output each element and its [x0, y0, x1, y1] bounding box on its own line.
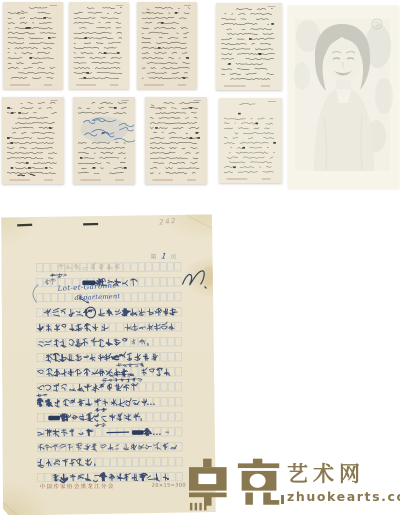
- page-header-prefix: 第: [150, 252, 157, 261]
- portrait-photo-image: [288, 6, 399, 189]
- page-header-number: 1: [161, 251, 167, 261]
- manuscript-page-2: [69, 2, 129, 89]
- watermark-domain-row: zhuokearts.com: [281, 491, 400, 504]
- thumbnail-handwriting: [216, 3, 282, 90]
- manuscript-page-8: [219, 98, 282, 183]
- page-number-header: 第 1 页: [150, 252, 177, 261]
- thumbnail-handwriting: [3, 2, 63, 89]
- manuscript-handwriting-layer: [1, 214, 216, 515]
- manuscript-page-7: [145, 97, 207, 184]
- printed-footer-grid-count: 20×15=300: [152, 483, 186, 489]
- page-header-suffix: 页: [170, 252, 177, 261]
- manuscript-page-1: [3, 2, 63, 89]
- thumbnail-handwriting: [145, 97, 207, 184]
- manuscript-page-6: [73, 97, 135, 184]
- zhuokearts-watermark: 艺术网 zhuokearts.com: [189, 456, 399, 510]
- auction-lot-image: 242 第 1 页 Lot-et-Garonne département 中国作…: [0, 0, 400, 515]
- manuscript-page-3: [137, 2, 197, 89]
- watermark-site-label: 艺术网: [287, 464, 365, 485]
- manuscript-page-5: [2, 97, 64, 184]
- thumbnail-handwriting: [137, 2, 197, 89]
- watermark-domain: zhuokearts.com: [287, 491, 400, 504]
- thumbnail-handwriting: [2, 97, 64, 184]
- thumbnail-handwriting: [69, 2, 129, 89]
- manuscript-page-large: 242 第 1 页 Lot-et-Garonne département 中国作…: [1, 214, 216, 515]
- zhuoke-logo-icon: [189, 458, 283, 512]
- thumbnail-handwriting: [73, 97, 135, 184]
- watermark-tick-icon: [281, 495, 284, 504]
- thumbnail-handwriting: [219, 98, 282, 183]
- manuscript-page-4: [216, 3, 282, 90]
- author-portrait-photo: [288, 6, 399, 189]
- printed-footer-publisher: 中国作家协会黑龙江分会: [40, 482, 115, 490]
